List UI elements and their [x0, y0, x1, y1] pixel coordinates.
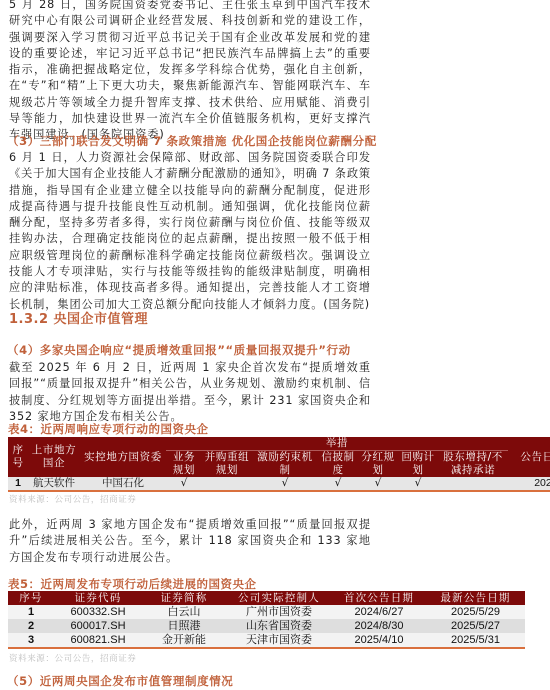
- t4-header-measures-group: 举措: [166, 437, 508, 451]
- t4-cell: √: [252, 477, 318, 491]
- table5-followup-central-soes: 序号 证券代码 证券简称 公司实际控制人 首次公告日期 最新公告日期 1 600…: [8, 591, 525, 649]
- t4-header-business-plan: 业务规划: [166, 451, 202, 478]
- t5-header-controller: 公司实际控制人: [226, 591, 332, 605]
- t5-header-latest-date: 最新公告日期: [426, 591, 525, 605]
- section-heading-1-3-2: 1.3.2 央国企市值管理: [9, 308, 148, 327]
- t5-cell: 600821.SH: [54, 633, 142, 648]
- t4-cell: 中国石化: [80, 477, 166, 491]
- t5-header-first-date: 首次公告日期: [332, 591, 426, 605]
- t4-cell: √: [358, 477, 398, 491]
- t5-cell: 2025/5/31: [426, 633, 525, 648]
- t5-cell: 广州市国资委: [226, 605, 332, 619]
- t5-cell: 600017.SH: [54, 619, 142, 633]
- t5-cell: 白云山: [142, 605, 226, 619]
- t4-cell: 1: [8, 477, 28, 491]
- t5-cell: 金开新能: [142, 633, 226, 648]
- t5-cell: 1: [8, 605, 54, 619]
- t4-header-incentive: 激励约束机制: [252, 451, 318, 478]
- t5-cell: 3: [8, 633, 54, 648]
- t5-header-name: 证券简称: [142, 591, 226, 605]
- t5-cell: 600332.SH: [54, 605, 142, 619]
- t4-cell: 2025/5/9: [508, 477, 550, 491]
- t4-cell: √: [318, 477, 358, 491]
- table4-source-note: 资料来源：公司公告，招商证券: [9, 493, 136, 505]
- table-row: 2 600017.SH 日照港 山东省国资委 2024/8/30 2025/5/…: [8, 619, 525, 633]
- paragraph-skill-pay-notice: 6 月 1 日，人力资源社会保障部、财政部、国务院国资委联合印发《关于加大国有企…: [9, 150, 371, 313]
- t4-header-controller: 实控地方国资委: [80, 437, 166, 477]
- t5-cell: 2024/8/30: [332, 619, 426, 633]
- t5-cell: 天津市国资委: [226, 633, 332, 648]
- table-row: 1 航天软件 中国石化 √ √ √ √ √ 2025/5/9: [8, 477, 550, 491]
- subheading-3: （3）三部门联合发文明确 7 条政策措施 优化国企技能岗位薪酬分配: [7, 133, 377, 149]
- t4-header-date: 公告日期: [508, 437, 550, 477]
- table-row: 1 600332.SH 白云山 广州市国资委 2024/6/27 2025/5/…: [8, 605, 525, 619]
- t5-cell: 2025/5/27: [426, 619, 525, 633]
- table5-source-note: 资料来源：公司公告，招商证券: [9, 652, 136, 664]
- paragraph-sasac-visit: 5 月 28 日，国务院国资委党委书记、主任张玉卓到中国汽车技术研究中心有限公司…: [9, 0, 371, 144]
- t5-cell: 2: [8, 619, 54, 633]
- t5-cell: 山东省国资委: [226, 619, 332, 633]
- t4-cell: √: [166, 477, 202, 491]
- t5-cell: 2024/6/27: [332, 605, 426, 619]
- table4-title: 表4：近两周响应专项行动的国资央企: [8, 421, 209, 437]
- t4-header-ma-plan: 并购重组规划: [202, 451, 252, 478]
- t5-header-code: 证券代码: [54, 591, 142, 605]
- t4-header-shareholder-commit: 股东增持/不减持承诺: [438, 451, 508, 478]
- table4-responding-central-soes: 序号 上市地方国企 实控地方国资委 举措 公告日期 业务规划 并购重组规划 激励…: [8, 437, 550, 492]
- t4-header-buyback: 回购计划: [398, 451, 438, 478]
- t5-cell: 日照港: [142, 619, 226, 633]
- t4-header-listed-soe: 上市地方国企: [28, 437, 80, 477]
- paragraph-action-response: 截至 2025 年 6 月 2 日，近两周 1 家央企首次发布“提质增效重回报”…: [9, 360, 371, 425]
- table-row: 3 600821.SH 金开新能 天津市国资委 2025/4/10 2025/5…: [8, 633, 525, 648]
- subheading-4: （4）多家央国企响应“提质增效重回报”“质量回报双提升”行动: [7, 342, 351, 358]
- t5-header-index: 序号: [8, 591, 54, 605]
- t5-cell: 2025/4/10: [332, 633, 426, 648]
- t4-header-disclosure: 信披制度: [318, 451, 358, 478]
- t4-header-index: 序号: [8, 437, 28, 477]
- table5-title: 表5：近两周发布专项行动后续进展的国资央企: [8, 576, 257, 592]
- t4-cell: [202, 477, 252, 491]
- subheading-5: （5）近两周央国企发布市值管理制度情况: [7, 673, 233, 689]
- t4-cell: [438, 477, 508, 491]
- t5-cell: 2025/5/29: [426, 605, 525, 619]
- paragraph-followup-progress: 此外，近两周 3 家地方国企发布“提质增效重回报”“质量回报双提升”后续进展相关…: [9, 517, 371, 566]
- t4-header-dividend: 分红规划: [358, 451, 398, 478]
- t4-cell: 航天软件: [28, 477, 80, 491]
- t4-cell: √: [398, 477, 438, 491]
